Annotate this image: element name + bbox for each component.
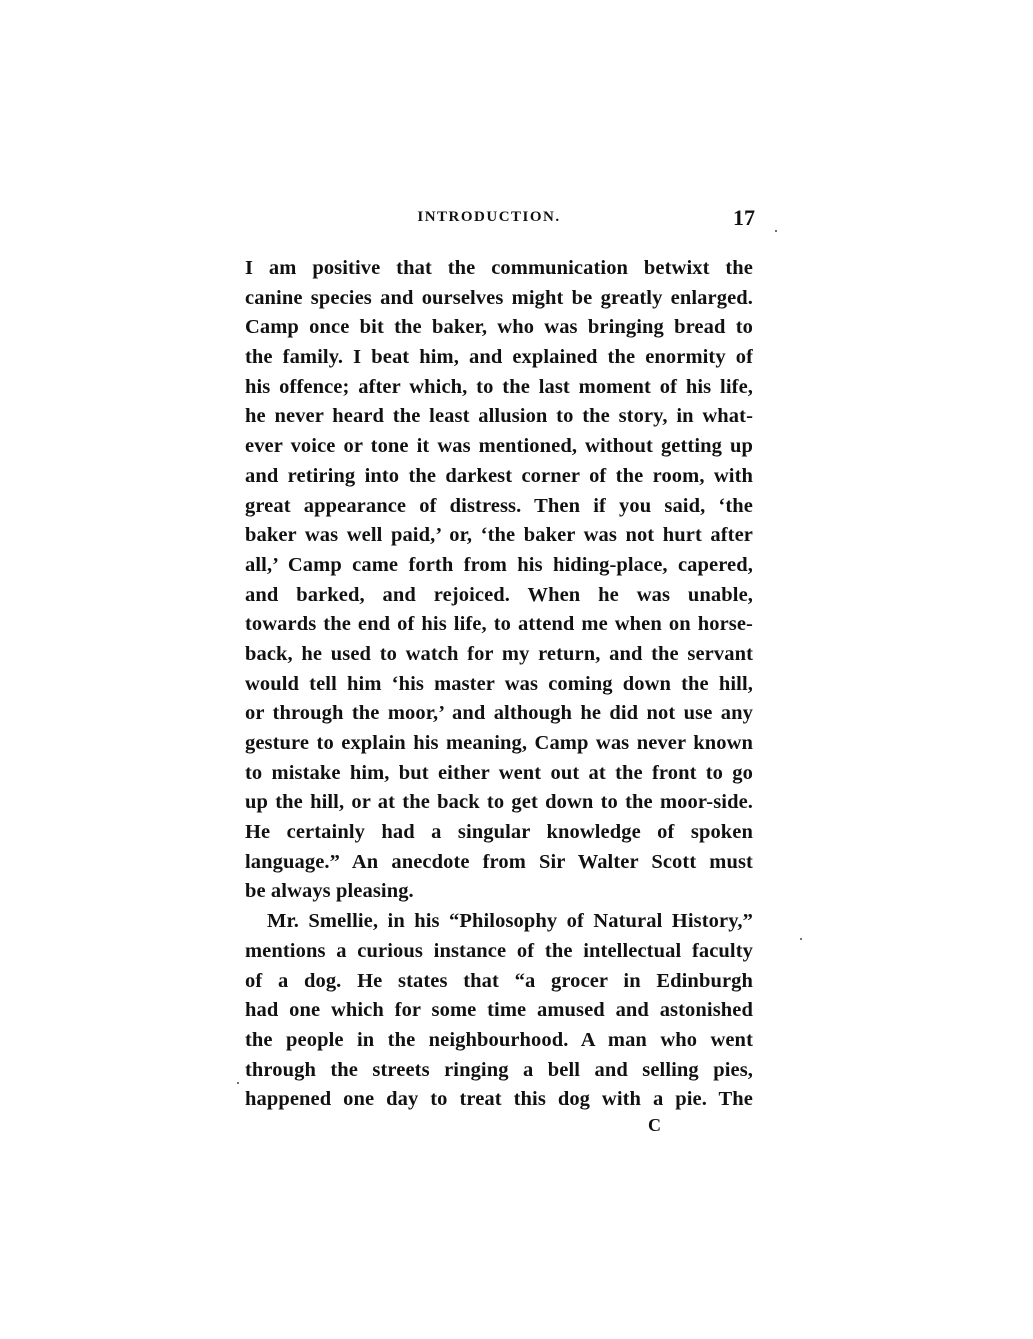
running-title: INTRODUCTION. [245,209,753,226]
text-line: the family. I beat him, and explained th… [245,343,753,373]
text-line: had one which for some time amused and a… [245,996,753,1026]
book-page: INTRODUCTION. 17 I am positive that the … [0,0,1033,1339]
paragraph-2: Mr. Smellie, in his “Philosophy of Natur… [245,907,753,1115]
body-text: I am positive that the communication bet… [245,254,753,1115]
text-line: canine species and ourselves might be gr… [245,284,753,314]
print-speck [775,230,777,232]
text-line: happened one day to treat this dog with … [245,1085,753,1115]
text-line: towards the end of his life, to attend m… [245,610,753,640]
text-line: baker was well paid,’ or, ‘the baker was… [245,521,753,551]
running-head: INTRODUCTION. 17 [245,205,753,235]
text-line: to mistake him, but either went out at t… [245,759,753,789]
text-line: the people in the neighbourhood. A man w… [245,1026,753,1056]
text-line: back, he used to watch for my return, an… [245,640,753,670]
paragraph-1: I am positive that the communication bet… [245,254,753,907]
text-line: would tell him ‘his master was coming do… [245,670,753,700]
text-line: or through the moor,’ and although he di… [245,699,753,729]
text-line: and retiring into the darkest corner of … [245,462,753,492]
text-line: all,’ Camp came forth from his hiding-pl… [245,551,753,581]
text-line: gesture to explain his meaning, Camp was… [245,729,753,759]
text-line: language.” An anecdote from Sir Walter S… [245,848,753,878]
print-speck [237,1082,239,1084]
text-line: his offence; after which, to the last mo… [245,373,753,403]
text-line: I am positive that the communication bet… [245,254,753,284]
page-number: 17 [733,205,755,231]
text-line: and barked, and rejoiced. When he was un… [245,581,753,611]
text-line: He certainly had a singular knowledge of… [245,818,753,848]
signature-mark: C [648,1115,661,1136]
text-line: of a dog. He states that “a grocer in Ed… [245,967,753,997]
text-line: through the streets ringing a bell and s… [245,1056,753,1086]
print-speck [800,938,802,940]
text-line: he never heard the least allusion to the… [245,402,753,432]
text-line: up the hill, or at the back to get down … [245,788,753,818]
text-line: mentions a curious instance of the intel… [245,937,753,967]
text-line: be always pleasing. [245,877,753,907]
text-line: great appearance of distress. Then if yo… [245,492,753,522]
text-line: Camp once bit the baker, who was bringin… [245,313,753,343]
text-line: Mr. Smellie, in his “Philosophy of Natur… [245,907,753,937]
text-line: ever voice or tone it was mentioned, wit… [245,432,753,462]
